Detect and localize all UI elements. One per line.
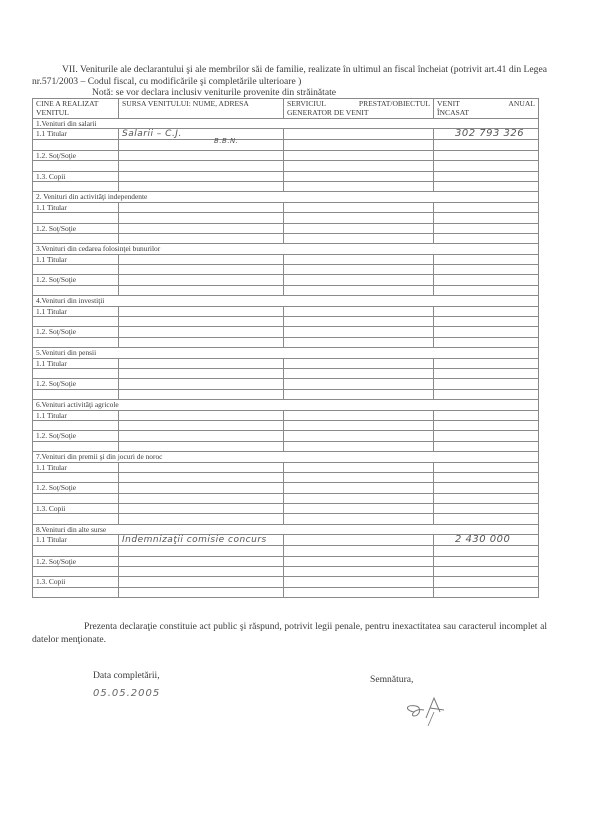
blank-cell (434, 493, 539, 503)
table-row-blank (33, 265, 539, 275)
table-row-blank (33, 441, 539, 451)
blank-cell (119, 493, 284, 503)
blank-cell (119, 546, 284, 556)
section-header-row: 2. Venituri din activităţi independente (33, 192, 539, 202)
income-cell[interactable] (434, 358, 539, 368)
income-cell[interactable] (434, 171, 539, 181)
row-label: 1.2. Soţ/Soţie (33, 431, 119, 441)
blank-cell (33, 181, 119, 191)
blank-cell (119, 285, 284, 295)
blank-cell (33, 514, 119, 524)
legal-statement: Prezenta declaraţie constituie act publi… (32, 620, 547, 646)
blank-cell (33, 546, 119, 556)
header-source: SURSA VENITULUI: NUME, ADRESA (119, 99, 284, 119)
blank-cell (434, 285, 539, 295)
row-label: 1.3. Copii (33, 577, 119, 587)
section-title: 6.Venituri activităţi agricole (33, 400, 539, 410)
blank-cell (434, 368, 539, 378)
table-row: 1.2. Soţ/Soţie (33, 379, 539, 389)
blank-cell (33, 265, 119, 275)
source-note-handwritten: B.B.N. (214, 137, 239, 146)
source-cell[interactable]: Salarii – C.J.B.B.N. (119, 129, 284, 140)
table-row: 1.2. Soţ/Soţie (33, 483, 539, 493)
section-title: 8.Venituri din alte surse (33, 524, 539, 534)
header-who: CINE A REALIZAT VENITUL (33, 99, 119, 119)
service-cell[interactable] (284, 327, 434, 337)
table-row-blank (33, 337, 539, 347)
service-cell[interactable] (284, 171, 434, 181)
section-title: 2. Venituri din activităţi independente (33, 192, 539, 202)
source-cell[interactable] (119, 483, 284, 493)
table-row: 1.1 TitularIndemnizaţii comisie concurs2… (33, 535, 539, 546)
row-label: 1.2. Soţ/Soţie (33, 275, 119, 285)
income-cell[interactable] (434, 327, 539, 337)
row-label: 1.1 Titular (33, 306, 119, 316)
income-cell[interactable] (434, 275, 539, 285)
table-row-blank (33, 493, 539, 503)
table-row-blank (33, 587, 539, 597)
blank-cell (33, 567, 119, 577)
blank-cell (434, 472, 539, 482)
table-row-blank (33, 140, 539, 150)
table-row-blank (33, 317, 539, 327)
blank-cell (284, 285, 434, 295)
blank-cell (33, 140, 119, 150)
blank-cell (434, 161, 539, 171)
date-label: Data completării, (93, 670, 160, 681)
section-header-row: 3.Venituri din cedarea folosinţei bunuri… (33, 244, 539, 254)
blank-cell (119, 317, 284, 327)
table-row: 1.1 Titular (33, 306, 539, 316)
blank-cell (33, 285, 119, 295)
source-cell[interactable] (119, 306, 284, 316)
blank-cell (284, 140, 434, 150)
income-amount: 302 793 326 (437, 128, 524, 139)
service-cell[interactable] (284, 275, 434, 285)
blank-cell (434, 514, 539, 524)
income-cell[interactable] (434, 431, 539, 441)
blank-cell (119, 389, 284, 399)
blank-cell (119, 161, 284, 171)
row-label: 1.1 Titular (33, 462, 119, 472)
income-cell[interactable] (434, 556, 539, 566)
table-row: 1.3. Copii (33, 171, 539, 181)
table-row-blank (33, 389, 539, 399)
blank-cell (33, 337, 119, 347)
blank-cell (119, 265, 284, 275)
intro-section: VII. Veniturile ale declarantului şi ale… (32, 64, 547, 99)
service-cell[interactable] (284, 150, 434, 160)
header-income-a: VENIT (437, 99, 460, 108)
section-header-row: 7.Venituri din premii şi din jocuri de n… (33, 452, 539, 462)
table-row-blank (33, 514, 539, 524)
row-label: 1.1 Titular (33, 358, 119, 368)
service-cell[interactable] (284, 410, 434, 420)
blank-cell (33, 420, 119, 430)
source-cell[interactable] (119, 410, 284, 420)
section-header-row: 5.Venituri din pensii (33, 348, 539, 358)
blank-cell (284, 567, 434, 577)
income-cell[interactable] (434, 254, 539, 264)
source-cell[interactable]: Indemnizaţii comisie concurs (119, 535, 284, 546)
blank-cell (434, 140, 539, 150)
blank-cell (119, 368, 284, 378)
section-title: 7.Venituri din premii şi din jocuri de n… (33, 452, 539, 462)
income-cell[interactable] (434, 306, 539, 316)
service-cell[interactable] (284, 504, 434, 514)
header-service-a: SERVICIUL (287, 99, 326, 108)
row-label: 1.2. Soţ/Soţie (33, 150, 119, 160)
income-cell[interactable] (434, 223, 539, 233)
blank-cell (119, 420, 284, 430)
table-row: 1.1 Titular (33, 462, 539, 472)
signature-icon (400, 690, 460, 730)
income-cell[interactable] (434, 577, 539, 587)
income-amount: 2 430 000 (437, 534, 510, 545)
blank-cell (284, 587, 434, 597)
row-label: 1.2. Soţ/Soţie (33, 556, 119, 566)
blank-cell (33, 368, 119, 378)
header-income-b: ANUAL (508, 99, 535, 108)
table-row-blank (33, 213, 539, 223)
income-cell[interactable]: 302 793 326 (434, 129, 539, 140)
blank-cell (33, 441, 119, 451)
row-label: 1.1 Titular (33, 410, 119, 420)
table-row: 1.3. Copii (33, 504, 539, 514)
blank-cell (284, 546, 434, 556)
blank-cell (284, 493, 434, 503)
table-row: 1.2. Soţ/Soţie (33, 223, 539, 233)
blank-cell (434, 233, 539, 243)
statement-text: Prezenta declaraţie constituie act publi… (32, 620, 547, 646)
section-header-row: 1.Venituri din salarii (33, 119, 539, 129)
table-row-blank (33, 285, 539, 295)
service-cell[interactable] (284, 254, 434, 264)
table-row: 1.1 Titular (33, 254, 539, 264)
blank-cell (284, 233, 434, 243)
blank-cell (284, 472, 434, 482)
blank-cell (434, 546, 539, 556)
blank-cell (119, 441, 284, 451)
blank-cell (434, 265, 539, 275)
row-label: 1.2. Soţ/Soţie (33, 223, 119, 233)
income-table: CINE A REALIZAT VENITUL SURSA VENITULUI:… (32, 98, 539, 598)
table-row: 1.2. Soţ/Soţie (33, 327, 539, 337)
source-cell[interactable] (119, 379, 284, 389)
service-cell[interactable] (284, 462, 434, 472)
table-header-row: CINE A REALIZAT VENITUL SURSA VENITULUI:… (33, 99, 539, 119)
blank-cell (33, 472, 119, 482)
source-cell[interactable] (119, 556, 284, 566)
blank-cell (33, 161, 119, 171)
blank-cell (33, 213, 119, 223)
income-cell[interactable]: 2 430 000 (434, 535, 539, 546)
service-cell[interactable] (284, 223, 434, 233)
income-cell[interactable] (434, 150, 539, 160)
blank-cell (119, 181, 284, 191)
row-label: 1.3. Copii (33, 504, 119, 514)
row-label: 1.1 Titular (33, 129, 119, 140)
income-cell[interactable] (434, 462, 539, 472)
date-value: 05.05.2005 (93, 688, 160, 699)
section-header-row: 4.Venituri din investiţii (33, 296, 539, 306)
income-cell[interactable] (434, 410, 539, 420)
blank-cell (284, 514, 434, 524)
blank-cell (284, 213, 434, 223)
section-header-row: 6.Venituri activităţi agricole (33, 400, 539, 410)
source-handwritten: Indemnizaţii comisie concurs (122, 535, 267, 545)
blank-cell (434, 420, 539, 430)
table-row: 1.2. Soţ/Soţie (33, 150, 539, 160)
table-row-blank (33, 546, 539, 556)
blank-cell (284, 389, 434, 399)
income-cell[interactable] (434, 379, 539, 389)
section-heading: VII. Veniturile ale declarantului şi ale… (32, 64, 547, 87)
service-cell[interactable] (284, 358, 434, 368)
blank-cell (119, 140, 284, 150)
blank-cell (434, 441, 539, 451)
header-service-b: PRESTAT/OBIECTUL (359, 99, 430, 108)
source-cell[interactable] (119, 358, 284, 368)
table-row-blank (33, 567, 539, 577)
table-row: 1.2. Soţ/Soţie (33, 431, 539, 441)
blank-cell (284, 368, 434, 378)
table-row: 1.2. Soţ/Soţie (33, 275, 539, 285)
blank-cell (33, 587, 119, 597)
table-row-blank (33, 472, 539, 482)
blank-cell (284, 420, 434, 430)
blank-cell (434, 317, 539, 327)
blank-cell (119, 514, 284, 524)
source-cell[interactable] (119, 202, 284, 212)
section-title: 1.Venituri din salarii (33, 119, 539, 129)
service-cell[interactable] (284, 379, 434, 389)
row-label: 1.2. Soţ/Soţie (33, 379, 119, 389)
source-cell[interactable] (119, 462, 284, 472)
blank-cell (33, 233, 119, 243)
table-row-blank (33, 233, 539, 243)
source-cell[interactable] (119, 150, 284, 160)
blank-cell (119, 213, 284, 223)
section-title: 3.Venituri din cedarea folosinţei bunuri… (33, 244, 539, 254)
income-cell[interactable] (434, 202, 539, 212)
blank-cell (434, 587, 539, 597)
blank-cell (33, 317, 119, 327)
source-cell[interactable] (119, 223, 284, 233)
signature-label: Semnătura, (370, 674, 413, 685)
blank-cell (284, 265, 434, 275)
table-row: 1.1 Titular (33, 202, 539, 212)
table-row-blank (33, 420, 539, 430)
section-title: 5.Venituri din pensii (33, 348, 539, 358)
table-row: 1.1 Titular (33, 358, 539, 368)
table-row: 1.1 TitularSalarii – C.J.B.B.N.302 793 3… (33, 129, 539, 140)
source-cell[interactable] (119, 327, 284, 337)
source-cell[interactable] (119, 171, 284, 181)
table-row-blank (33, 161, 539, 171)
table-row-blank (33, 181, 539, 191)
table-row: 1.3. Copii (33, 577, 539, 587)
row-label: 1.1 Titular (33, 254, 119, 264)
service-cell[interactable] (284, 577, 434, 587)
blank-cell (284, 441, 434, 451)
blank-cell (119, 233, 284, 243)
source-cell[interactable] (119, 275, 284, 285)
table-row: 1.1 Titular (33, 410, 539, 420)
service-cell[interactable] (284, 129, 434, 140)
blank-cell (33, 493, 119, 503)
blank-cell (119, 587, 284, 597)
header-income-c: ÎNCASAT (437, 108, 535, 117)
table-body: 1.Venituri din salarii1.1 TitularSalarii… (33, 119, 539, 598)
header-income: VENITANUAL ÎNCASAT (434, 99, 539, 119)
income-cell[interactable] (434, 483, 539, 493)
service-cell[interactable] (284, 535, 434, 546)
blank-cell (284, 161, 434, 171)
source-handwritten: Salarii – C.J. (122, 129, 182, 139)
source-cell[interactable] (119, 254, 284, 264)
blank-cell (284, 317, 434, 327)
row-label: 1.1 Titular (33, 202, 119, 212)
blank-cell (119, 337, 284, 347)
row-label: 1.1 Titular (33, 535, 119, 546)
blank-cell (434, 181, 539, 191)
blank-cell (434, 213, 539, 223)
source-cell[interactable] (119, 431, 284, 441)
blank-cell (434, 389, 539, 399)
blank-cell (284, 181, 434, 191)
blank-cell (434, 337, 539, 347)
income-cell[interactable] (434, 504, 539, 514)
row-label: 1.2. Soţ/Soţie (33, 483, 119, 493)
service-cell[interactable] (284, 556, 434, 566)
header-service-c: GENERATOR DE VENIT (287, 108, 430, 117)
row-label: 1.2. Soţ/Soţie (33, 327, 119, 337)
service-cell[interactable] (284, 202, 434, 212)
blank-cell (119, 472, 284, 482)
service-cell[interactable] (284, 431, 434, 441)
service-cell[interactable] (284, 306, 434, 316)
blank-cell (33, 389, 119, 399)
blank-cell (284, 337, 434, 347)
note-text: Notă: se vor declara inclusiv veniturile… (32, 87, 547, 99)
source-cell[interactable] (119, 577, 284, 587)
row-label: 1.3. Copii (33, 171, 119, 181)
section-title: 4.Venituri din investiţii (33, 296, 539, 306)
header-service: SERVICIULPRESTAT/OBIECTUL GENERATOR DE V… (284, 99, 434, 119)
table-row: 1.2. Soţ/Soţie (33, 556, 539, 566)
blank-cell (434, 567, 539, 577)
blank-cell (119, 567, 284, 577)
source-cell[interactable] (119, 504, 284, 514)
service-cell[interactable] (284, 483, 434, 493)
table-row-blank (33, 368, 539, 378)
section-header-row: 8.Venituri din alte surse (33, 524, 539, 534)
